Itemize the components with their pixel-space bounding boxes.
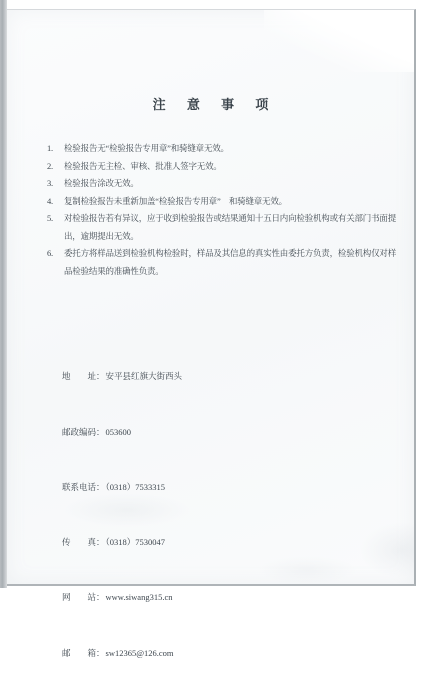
note-text: 检验报告无“检验报告专用章”和骑缝章无效。 xyxy=(64,140,406,158)
document-paper: 注 意 事 项 1. 检验报告无“检验报告专用章”和骑缝章无效。 2. 检验报告… xyxy=(7,9,416,586)
contact-row-fax: 传 真：（0318）7530047 xyxy=(45,515,182,570)
note-number: 2. xyxy=(47,158,64,176)
contact-value: 安平县红旗大街西头 xyxy=(106,371,183,381)
contact-label: 邮政编码： xyxy=(62,427,105,437)
note-item: 4. 复制检验报告未重新加盖“检验报告专用章” 和骑缝章无效。 xyxy=(47,193,414,211)
note-number: 1. xyxy=(47,140,64,158)
contact-value: （0318）7533315 xyxy=(106,482,166,492)
note-number: 5. xyxy=(47,210,64,228)
contact-label: 邮 箱： xyxy=(62,648,105,658)
scanner-shadow-left xyxy=(0,0,7,588)
notice-list: 1. 检验报告无“检验报告专用章”和骑缝章无效。 2. 检验报告无主检、审核、批… xyxy=(47,140,414,280)
page-title: 注 意 事 项 xyxy=(7,10,414,113)
contact-value: sw12365@126.com xyxy=(106,648,174,658)
contact-label: 传 真： xyxy=(62,537,105,547)
note-item: 5. 对检验报告若有异议，应于收到检验报告或结果通知十五日内向检验机构或有关部门… xyxy=(47,210,414,245)
note-number: 3. xyxy=(47,175,64,193)
contact-row-phone: 联系电话：（0318）7533315 xyxy=(45,459,182,514)
note-text: 复制检验报告未重新加盖“检验报告专用章” 和骑缝章无效。 xyxy=(64,193,406,211)
note-item: 1. 检验报告无“检验报告专用章”和骑缝章无效。 xyxy=(47,140,414,158)
contact-label: 联系电话： xyxy=(62,482,105,492)
contact-value: （0318）7530047 xyxy=(106,537,166,547)
contact-row-email: 邮 箱：sw12365@126.com xyxy=(45,625,182,680)
scanned-document-page: 注 意 事 项 1. 检验报告无“检验报告专用章”和骑缝章无效。 2. 检验报告… xyxy=(0,0,424,700)
note-text: 对检验报告若有异议，应于收到检验报告或结果通知十五日内向检验机构或有关部门书面提… xyxy=(64,210,406,245)
note-item: 2. 检验报告无主检、审核、批准人签字无效。 xyxy=(47,158,414,176)
note-number: 4. xyxy=(47,193,64,211)
note-text: 检验报告涂改无效。 xyxy=(64,175,406,193)
note-text: 检验报告无主检、审核、批准人签字无效。 xyxy=(64,158,406,176)
contact-row-postcode: 邮政编码：053600 xyxy=(45,404,182,459)
contact-block: 地 址：安平县红旗大街西头 邮政编码：053600 联系电话：（0318）753… xyxy=(45,349,182,680)
contact-label: 地 址： xyxy=(62,371,105,381)
note-item: 6. 委托方将样品送到检验机构检验时，样品及其信息的真实性由委托方负责，检验机构… xyxy=(47,245,414,280)
contact-label: 网 站： xyxy=(62,592,105,602)
contact-row-website: 网 站：www.siwang315.cn xyxy=(45,570,182,625)
note-number: 6. xyxy=(47,245,64,263)
note-text: 委托方将样品送到检验机构检验时，样品及其信息的真实性由委托方负责，检验机构仅对样… xyxy=(64,245,406,280)
contact-value: www.siwang315.cn xyxy=(106,592,173,602)
contact-row-address: 地 址：安平县红旗大街西头 xyxy=(45,349,182,404)
note-item: 3. 检验报告涂改无效。 xyxy=(47,175,414,193)
contact-value: 053600 xyxy=(106,427,132,437)
